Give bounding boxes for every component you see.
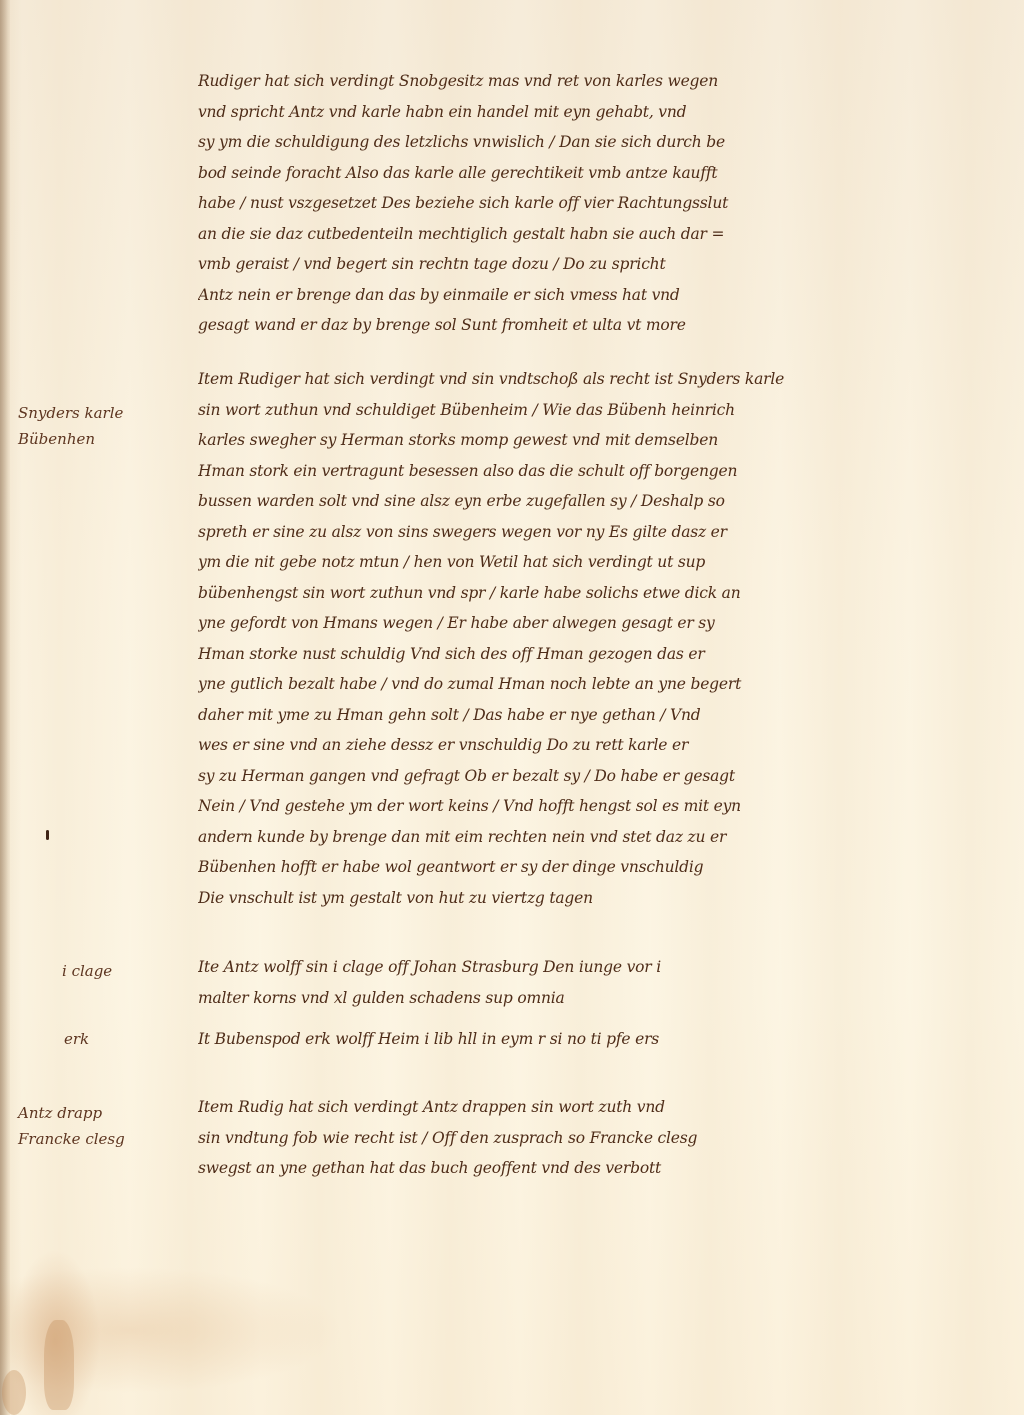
margin-note: Snyders karle Bübenhen: [18, 400, 123, 452]
text-line: Item Rudig hat sich verdingt Antz drappe…: [198, 1092, 998, 1123]
text-line: Nein / Vnd gestehe ym der wort keins / V…: [198, 791, 998, 822]
text-line: bussen warden solt vnd sine alsz eyn erb…: [198, 486, 998, 517]
text-line: bod seinde foracht Also das karle alle g…: [198, 158, 998, 189]
entry-block: Item Rudiger hat sich verdingt vnd sin v…: [198, 364, 998, 913]
entry-block: Ite Antz wolff sin i clage off Johan Str…: [198, 952, 998, 1013]
page-binding-edge: [0, 0, 10, 1415]
margin-note: erk: [64, 1026, 89, 1052]
ink-mark: [46, 830, 49, 840]
water-stain: [44, 1320, 74, 1410]
entry-block: Rudiger hat sich verdingt Snobgesitz mas…: [198, 66, 998, 341]
margin-note: Antz drapp Francke clesg: [18, 1100, 125, 1152]
text-line: an die sie daz cutbedenteiln mechtiglich…: [198, 219, 998, 250]
text-line: daher mit yme zu Hman gehn solt / Das ha…: [198, 700, 998, 731]
text-line: wes er sine vnd an ziehe dessz er vnschu…: [198, 730, 998, 761]
text-line: Hman storke nust schuldig Vnd sich des o…: [198, 639, 998, 670]
margin-note-line: erk: [64, 1026, 89, 1052]
margin-note-line: Snyders karle: [18, 400, 123, 426]
text-line: sy zu Herman gangen vnd gefragt Ob er be…: [198, 761, 998, 792]
text-line: malter korns vnd xl gulden schadens sup …: [198, 983, 998, 1014]
text-line: Ite Antz wolff sin i clage off Johan Str…: [198, 952, 998, 983]
margin-note-line: i clage: [62, 958, 112, 984]
text-line: spreth er sine zu alsz von sins swegers …: [198, 517, 998, 548]
margin-note-line: Antz drapp: [18, 1100, 125, 1126]
text-line: vnd spricht Antz vnd karle habn ein hand…: [198, 97, 998, 128]
text-line: gesagt wand er daz by brenge sol Sunt fr…: [198, 310, 998, 341]
margin-note: i clage: [62, 958, 112, 984]
text-line: Rudiger hat sich verdingt Snobgesitz mas…: [198, 66, 998, 97]
margin-note-line: Bübenhen: [18, 426, 123, 452]
text-line: It Bubenspod erk wolff Heim i lib hll in…: [198, 1024, 998, 1055]
text-line: bübenhengst sin wort zuthun vnd spr / ka…: [198, 578, 998, 609]
text-line: yne gefordt von Hmans wegen / Er habe ab…: [198, 608, 998, 639]
text-line: yne gutlich bezalt habe / vnd do zumal H…: [198, 669, 998, 700]
text-line: Antz nein er brenge dan das by einmaile …: [198, 280, 998, 311]
margin-note-line: Francke clesg: [18, 1126, 125, 1152]
text-line: Item Rudiger hat sich verdingt vnd sin v…: [198, 364, 998, 395]
text-line: karles swegher sy Herman storks momp gew…: [198, 425, 998, 456]
text-line: andern kunde by brenge dan mit eim recht…: [198, 822, 998, 853]
text-line: sin vndtung fob wie recht ist / Off den …: [198, 1123, 998, 1154]
entry-block: It Bubenspod erk wolff Heim i lib hll in…: [198, 1024, 998, 1055]
text-line: sy ym die schuldigung des letzlichs vnwi…: [198, 127, 998, 158]
water-stain: [2, 1370, 26, 1415]
text-line: Die vnschult ist ym gestalt von hut zu v…: [198, 883, 998, 914]
text-line: swegst an yne gethan hat das buch geoffe…: [198, 1153, 998, 1184]
text-line: Bübenhen hofft er habe wol geantwort er …: [198, 852, 998, 883]
manuscript-page: Rudiger hat sich verdingt Snobgesitz mas…: [0, 0, 1024, 1415]
text-line: ym die nit gebe notz mtun / hen von Weti…: [198, 547, 998, 578]
text-line: sin wort zuthun vnd schuldiget Bübenheim…: [198, 395, 998, 426]
entry-block: Item Rudig hat sich verdingt Antz drappe…: [198, 1092, 998, 1184]
text-line: habe / nust vszgesetzet Des beziehe sich…: [198, 188, 998, 219]
text-line: vmb geraist / vnd begert sin rechtn tage…: [198, 249, 998, 280]
text-line: Hman stork ein vertragunt besessen also …: [198, 456, 998, 487]
